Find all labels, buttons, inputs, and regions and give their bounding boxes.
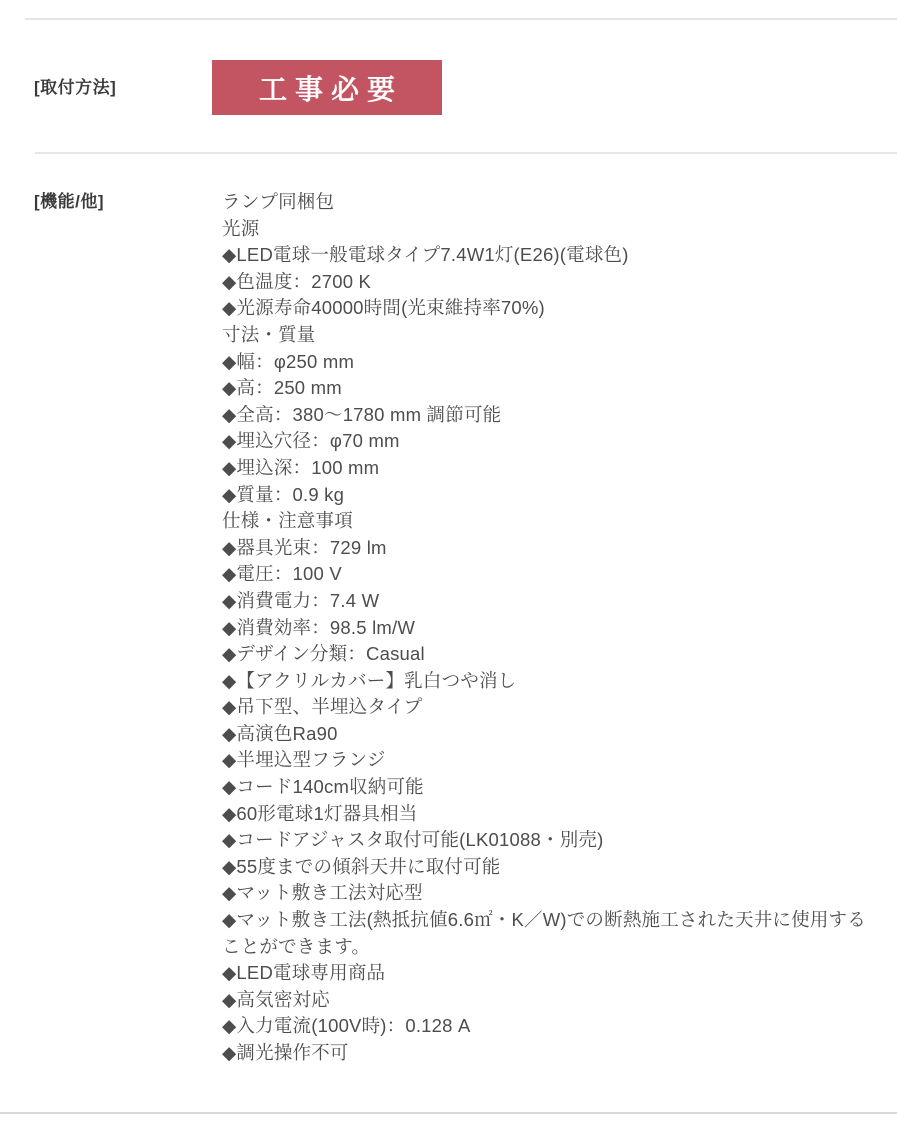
spec-line: ◆光源寿命40000時間(光束維持率70%) [222, 295, 884, 322]
spec-line: ◆消費効率：98.5 lm/W [222, 615, 884, 642]
spec-line: ◆デザイン分類：Casual [222, 641, 884, 668]
spec-line: ◆埋込深：100 mm [222, 455, 884, 482]
spec-line: ◆吊下型、半埋込タイプ [222, 694, 884, 721]
spec-line: ◆マット敷き工法(熱抵抗値6.6㎡・K／W)での断熱施工された天井に使用すること… [222, 907, 884, 960]
middle-divider [35, 152, 897, 154]
bottom-divider [0, 1112, 897, 1114]
spec-line: ◆器具光束：729 lm [222, 535, 884, 562]
spec-line: ◆半埋込型フランジ [222, 747, 884, 774]
spec-line: ◆入力電流(100V時)：0.128 A [222, 1013, 884, 1040]
spec-line: ◆質量：0.9 kg [222, 482, 884, 509]
construction-required-badge: 工事必要 [212, 60, 442, 115]
spec-list: ランプ同梱包光源◆LED電球一般電球タイプ7.4W1灯(E26)(電球色)◆色温… [222, 189, 884, 1067]
product-spec-page: [取付方法] 工事必要 [機能/他] ランプ同梱包光源◆LED電球一般電球タイプ… [0, 0, 897, 1114]
spec-line: ◆幅：φ250 mm [222, 349, 884, 376]
spec-line: ◆高演色Ra90 [222, 721, 884, 748]
mounting-content-column: 工事必要 [222, 60, 897, 115]
spec-line: ◆コード140cm収納可能 [222, 774, 884, 801]
features-label-column: [機能/他] [0, 189, 222, 215]
mounting-method-label: [取付方法] [34, 78, 116, 97]
mounting-method-section: [取付方法] 工事必要 [0, 28, 897, 144]
top-divider [25, 18, 897, 20]
spec-line: ◆LED電球専用商品 [222, 960, 884, 987]
features-section: [機能/他] ランプ同梱包光源◆LED電球一般電球タイプ7.4W1灯(E26)(… [0, 162, 897, 1104]
mounting-label-column: [取付方法] [0, 75, 222, 101]
spec-line: ◆マット敷き工法対応型 [222, 880, 884, 907]
spec-line: 仕様・注意事項 [222, 508, 884, 535]
spec-line: ◆色温度：2700 K [222, 269, 884, 296]
spec-line: ランプ同梱包 [222, 189, 884, 216]
spec-line: ◆電圧：100 V [222, 561, 884, 588]
spec-line: 寸法・質量 [222, 322, 884, 349]
spec-line: ◆消費電力：7.4 W [222, 588, 884, 615]
spec-line: ◆60形電球1灯器具相当 [222, 801, 884, 828]
spec-line: ◆高：250 mm [222, 375, 884, 402]
spec-line: ◆LED電球一般電球タイプ7.4W1灯(E26)(電球色) [222, 242, 884, 269]
features-content-column: ランプ同梱包光源◆LED電球一般電球タイプ7.4W1灯(E26)(電球色)◆色温… [222, 189, 897, 1067]
spec-line: ◆【アクリルカバー】乳白つや消し [222, 668, 884, 695]
spec-line: ◆全高：380〜1780 mm 調節可能 [222, 402, 884, 429]
features-label: [機能/他] [34, 192, 104, 211]
spec-line: ◆55度までの傾斜天井に取付可能 [222, 854, 884, 881]
spec-line: ◆コードアジャスタ取付可能(LK01088・別売) [222, 827, 884, 854]
spec-line: ◆調光操作不可 [222, 1040, 884, 1067]
spec-line: 光源 [222, 216, 884, 243]
spec-line: ◆高気密対応 [222, 987, 884, 1014]
spec-line: ◆埋込穴径：φ70 mm [222, 428, 884, 455]
